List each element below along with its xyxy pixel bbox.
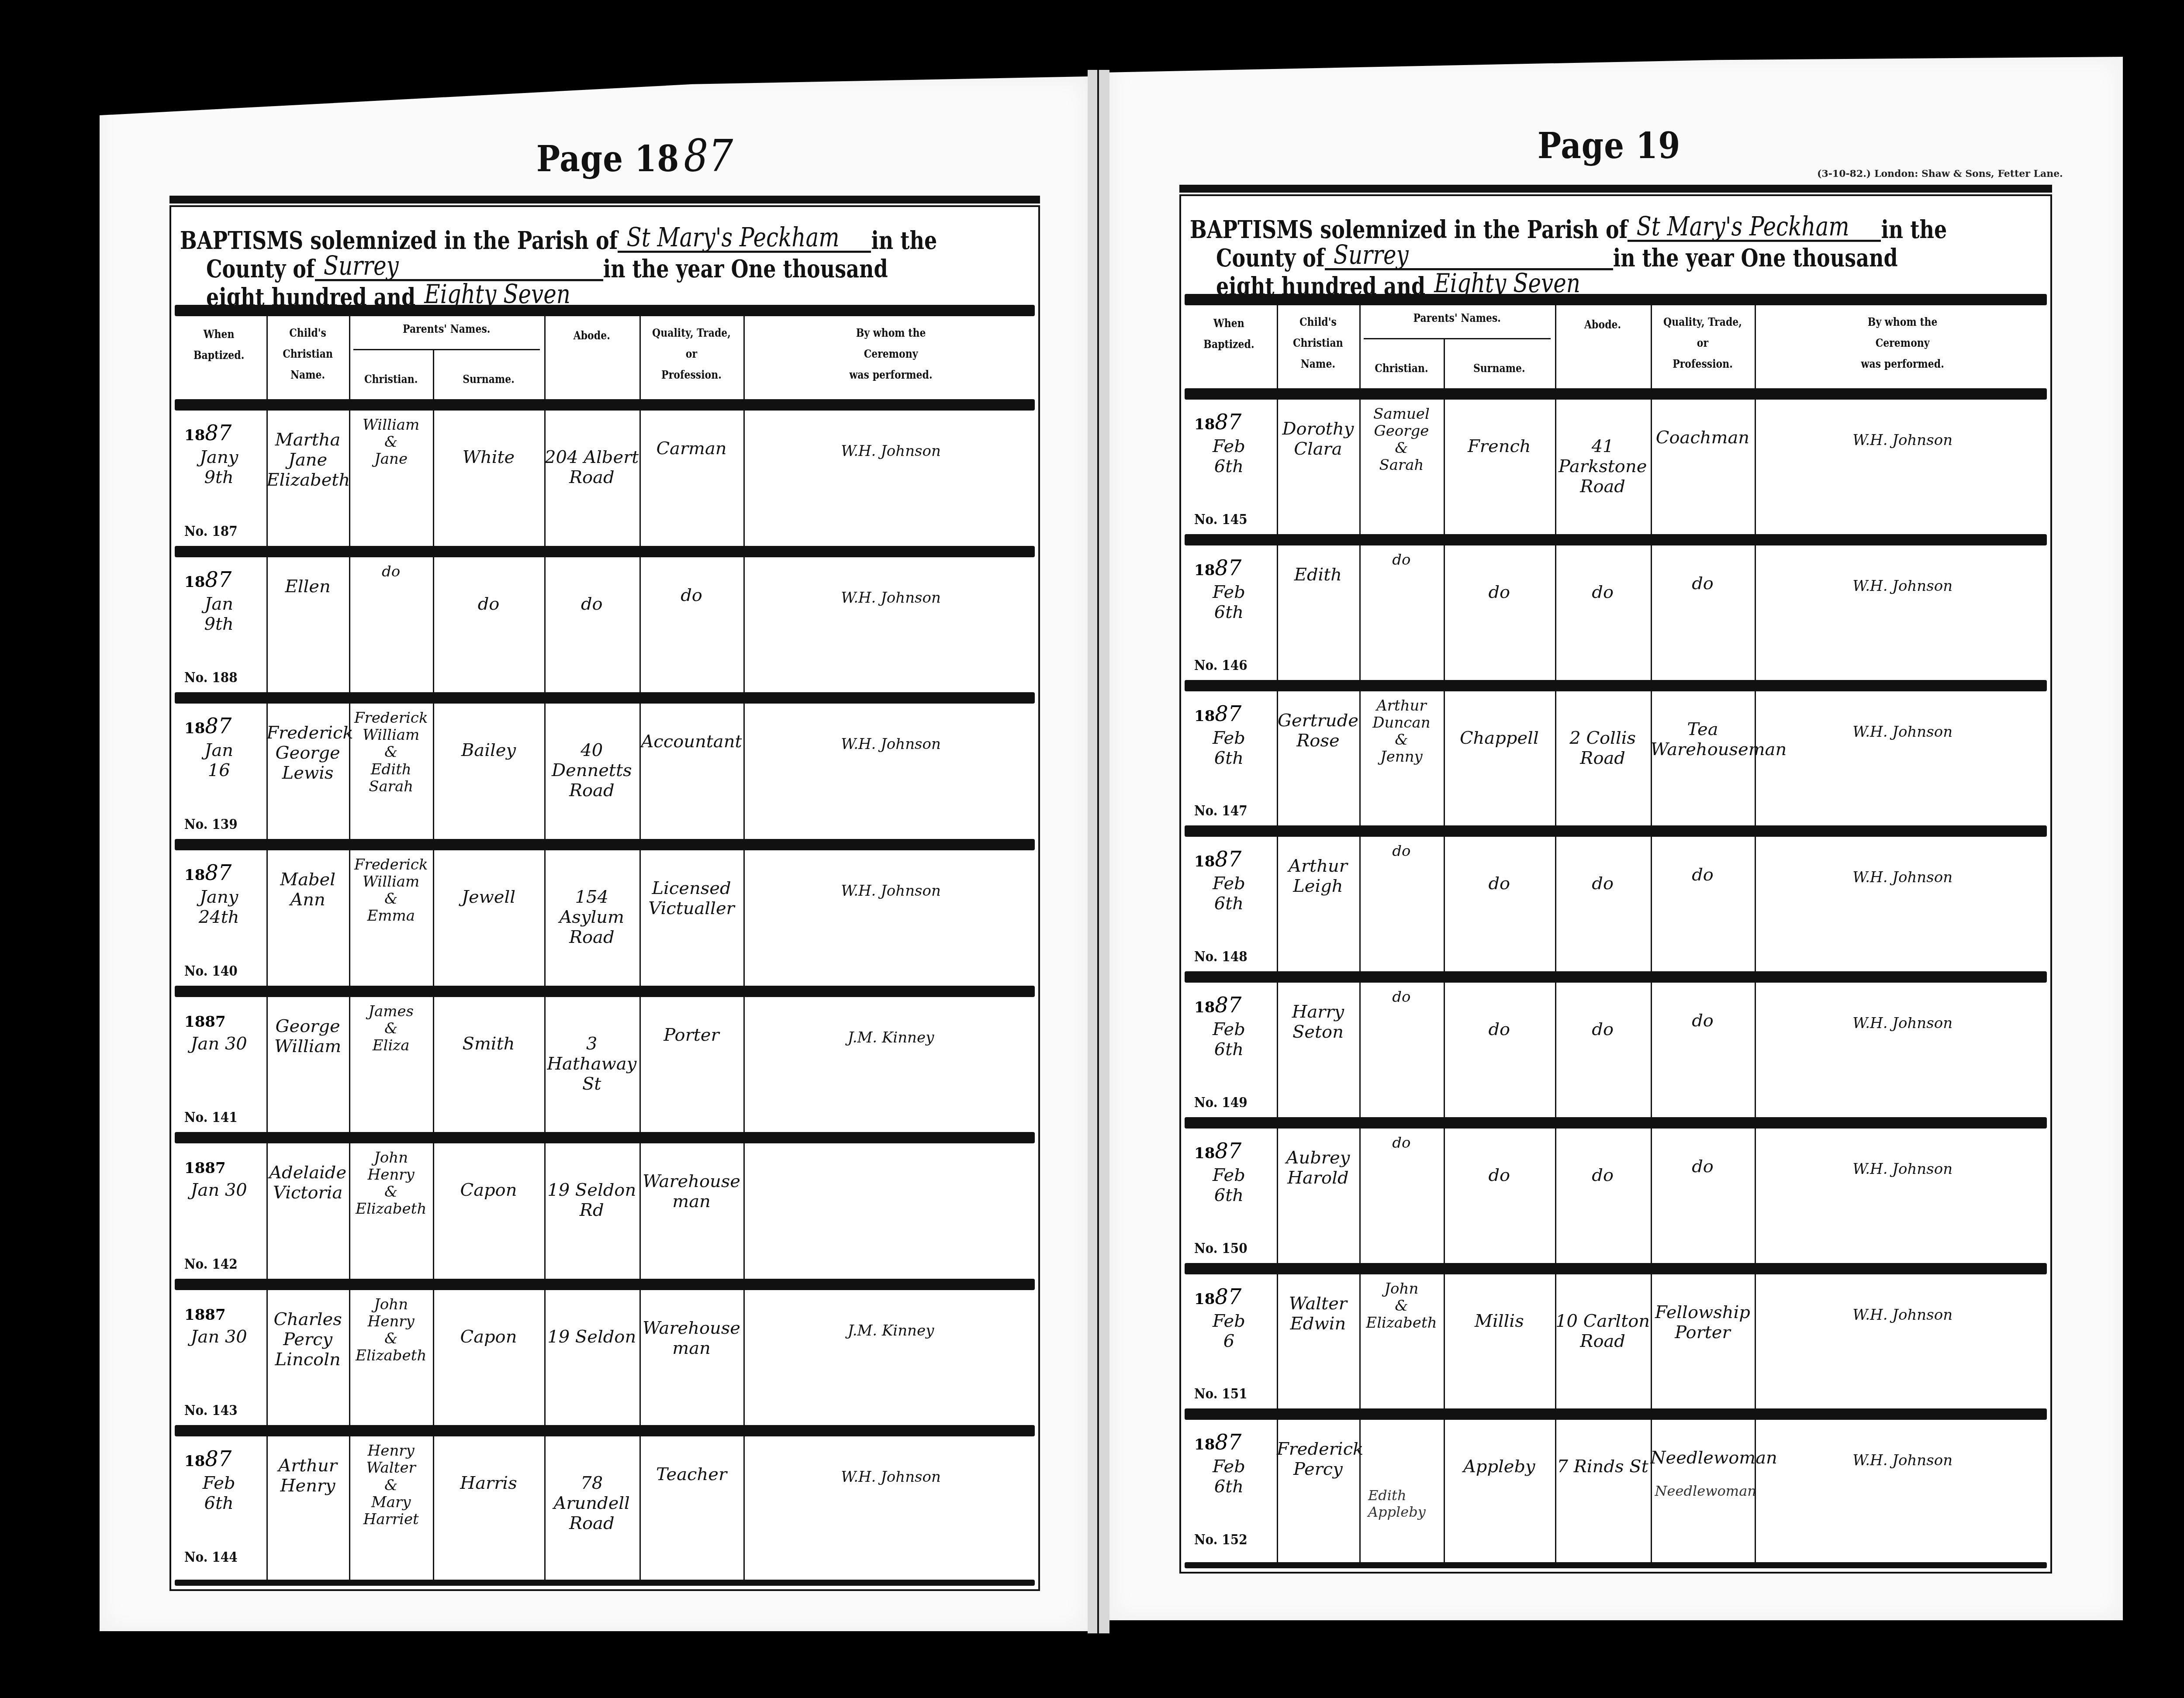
entry-year: 1887 [184,568,232,592]
entry-number: No. 151 [1194,1386,1248,1402]
entry-date: Feb 6th [1181,436,1277,476]
entry-child-name: Charles Percy Lincoln [266,1309,349,1370]
page-title: Page 1887 [536,130,733,181]
entry-date: Feb 6th [1181,873,1277,914]
entry-trade: do [1651,865,1755,885]
register-entry: 1887Jan 16Frederick George LewisFrederic… [171,701,1038,848]
entry-date: Feb 6th [1181,582,1277,622]
entry-year: 1887 [1194,702,1241,726]
book-gutter [1088,70,1109,1633]
register-heading: BAPTISMS solemnized in the Parish ofSt M… [1181,196,2050,297]
page-number-printed: Page 19 [1538,124,1680,167]
heading-line-parish: BAPTISMS solemnized in the Parish ofSt M… [180,224,937,253]
printer-imprint: (3-10-82.) London: Shaw & Sons, Fetter L… [1817,168,2063,179]
entry-year: 1887 [184,861,232,885]
entry-child-name: Aubrey Harold [1277,1148,1359,1188]
heading-year-prefix: in the year One thousand [603,255,888,283]
heading-rule [1185,294,2047,305]
entry-trade: Teacher [639,1464,743,1484]
entry-number: No. 141 [184,1109,238,1125]
col-header-abode: Abode. [544,326,639,347]
entry-margin-signature: Edith Appleby [1368,1487,1426,1520]
entry-surname: Chappell [1444,728,1555,748]
entry-child-name: Arthur Leigh [1277,856,1359,896]
entry-child-name: Ellen [266,576,349,597]
year-handwritten: 87 [1215,1430,1241,1455]
entry-minister: W.H. Johnson [743,443,1038,460]
year-printed: 18 [1194,853,1215,870]
col-header-minister: By whom the Ceremony was performed. [1755,312,2050,375]
entry-number: No. 148 [1194,949,1248,964]
entry-trade: Carman [639,438,743,459]
entry-child-name: Walter Edwin [1277,1294,1359,1334]
entry-surname: do [1444,1019,1555,1039]
entry-surname: do [1444,1165,1555,1185]
entry-minister: W.H. Johnson [1755,432,2050,449]
entry-date: Feb 6th [1181,1165,1277,1205]
year-handwritten: 87 [205,861,232,885]
col-header-abode: Abode. [1555,315,1651,336]
entry-year: 1887 [1194,1285,1241,1309]
col-header-parent-surname: Surname. [1444,359,1555,380]
left-page: Page 1887 BAPTISMS solemnized in the Par… [100,76,1088,1631]
baptism-register-table: BAPTISMS solemnized in the Parish ofSt M… [1179,194,2052,1574]
entry-child-name: Arthur Henry [266,1456,349,1496]
heading-line-county: County ofSurreyin the year One thousand [206,253,888,281]
entry-parents-christian: Henry Walter & Mary Harriet [349,1443,433,1528]
entry-surname: do [1444,873,1555,894]
bottom-rule [1185,1562,2047,1568]
year-handwritten: 87 [1215,702,1241,726]
entry-surname: White [433,447,544,467]
register-entry: 1887Feb 6thHarry SetondodododoW.H. Johns… [1181,980,2050,1126]
entry-abode: do [1555,873,1651,894]
year-printed: 18 [1194,1145,1215,1162]
entry-trade-correction: Needlewoman [1655,1483,1756,1499]
entry-abode: 154 Asylum Road [544,887,639,947]
year-handwritten: 87 [205,421,232,445]
entry-abode: 41 Parkstone Road [1555,436,1651,497]
heading-prefix: BAPTISMS solemnized in the Parish of [1190,216,1628,244]
entry-minister: W.H. Johnson [743,736,1038,753]
heading-suffix: in the [1881,216,1947,244]
entry-trade: Warehouse man [639,1318,743,1358]
col-header-parent-christian: Christian. [349,369,433,390]
entry-surname: Appleby [1444,1456,1555,1477]
entry-parents-christian: do [1359,552,1444,569]
page-number-printed: Page 18 [536,137,679,179]
col-header-minister: By whom the Ceremony was performed. [743,323,1038,386]
entry-minister: W.H. Johnson [743,883,1038,900]
entry-parents-christian: Frederick William & Emma [349,856,433,925]
entry-surname: Capon [433,1327,544,1347]
entry-number: No. 150 [1194,1240,1248,1256]
entry-trade: Fellowship Porter [1651,1302,1755,1343]
heading-prefix: BAPTISMS solemnized in the Parish of [180,227,618,255]
heading-year-prefix: in the year One thousand [1613,244,1898,273]
col-header-parent-christian: Christian. [1359,359,1444,380]
entry-parents-christian: Arthur Duncan & Jenny [1359,697,1444,766]
entry-trade: do [1651,1011,1755,1031]
register-entry: 1887Feb 6thArthur HenryHenry Walter & Ma… [171,1434,1038,1581]
register-entry: 1887Jan 30Adelaide VictoriaJohn Henry & … [171,1141,1038,1287]
entry-year: 1887 [1194,1139,1241,1163]
county-label: County of [1216,244,1325,273]
register-entry: 1887Jan 9thEllendodododoW.H. JohnsonNo. … [171,555,1038,701]
entry-number: No. 147 [1194,803,1248,819]
entry-abode: do [1555,1019,1651,1039]
top-rule [1179,185,2052,193]
entry-number: No. 139 [184,816,238,832]
entry-parents-christian: do [1359,1135,1444,1152]
entry-date: Jan 30 [171,1034,266,1054]
entry-abode: 40 Dennetts Road [544,740,639,801]
entry-number: No. 187 [184,523,238,539]
page-title: Page 19 [1538,124,1680,167]
county-field: Surrey [315,253,603,281]
entry-number: No. 145 [1194,511,1248,527]
entry-year: 1887 [1194,556,1241,580]
heading-suffix: in the [871,227,937,255]
entry-parents-christian: Samuel George & Sarah [1359,406,1444,474]
entry-child-name: Mabel Ann [266,870,349,910]
entry-parents-christian: John & Elizabeth [1359,1280,1444,1332]
entry-date: Feb 6 [1181,1311,1277,1351]
heading-rule [175,305,1035,316]
year-printed: 18 [184,1453,205,1470]
heading-line-parish: BAPTISMS solemnized in the Parish ofSt M… [1190,214,1947,242]
entry-number: No. 188 [184,670,238,686]
entry-trade: Accountant [639,732,743,752]
col-header-trade: Quality, Trade, or Profession. [639,323,743,386]
entry-child-name: Adelaide Victoria [266,1163,349,1203]
entry-date: Jany 9th [171,447,266,487]
entry-date: Jan 16 [171,740,266,780]
register-entry: 1887Jany 24thMabel AnnFrederick William … [171,848,1038,994]
entry-child-name: Edith [1277,565,1359,585]
entry-number: No. 146 [1194,657,1248,673]
entry-trade: Licensed Victualler [639,878,743,918]
entry-parents-christian: do [1359,989,1444,1006]
entry-trade: Needlewoman [1651,1448,1755,1468]
entry-abode: do [544,594,639,614]
entry-date: Jany 24th [171,887,266,927]
entry-year: 1887 [1194,993,1241,1018]
year-printed: 18 [1194,999,1215,1016]
page-number-handwritten: 87 [684,130,733,181]
entry-parents-christian: John Henry & Elizabeth [349,1296,433,1364]
entry-minister: W.H. Johnson [1755,578,2050,595]
register-entry: 1887Feb 6thGertrude RoseArthur Duncan & … [1181,689,2050,835]
entry-minister: W.H. Johnson [743,1469,1038,1486]
register-entry: 1887Feb 6thDorothy ClaraSamuel George & … [1181,397,2050,543]
register-entry: 1887Jan 30George WilliamJames & ElizaSmi… [171,994,1038,1141]
col-header-parents-names: Parents' Names. [1359,308,1555,329]
register-entry: 1887Feb 6Walter EdwinJohn & ElizabethMil… [1181,1272,2050,1418]
entry-abode: 19 Seldon [544,1327,639,1347]
register-entry: 1887Feb 6thArthur LeighdodododoW.H. John… [1181,834,2050,980]
entry-number: No. 144 [184,1549,238,1565]
right-page: Page 19 (3-10-82.) London: Shaw & Sons, … [1109,57,2123,1620]
entry-parents-christian: do [349,563,433,580]
year-handwritten: 87 [205,568,232,592]
entry-minister: J.M. Kinney [743,1029,1038,1046]
entry-year: 1887 [1194,410,1241,435]
entry-abode: 204 Albert Road [544,447,639,487]
entry-trade: do [639,585,743,605]
register-entry: 1887Jan 30Charles Percy LincolnJohn Henr… [171,1287,1038,1434]
year-printed: 1887 [184,1306,226,1324]
col-header-child-name: Child's Christian Name. [1277,312,1359,375]
entry-parents-christian: William & Jane [349,417,433,468]
entry-number: No. 149 [1194,1094,1248,1110]
entry-child-name: Gertrude Rose [1277,711,1359,751]
entry-parents-christian: do [1359,843,1444,860]
entry-surname: Smith [433,1034,544,1054]
year-printed: 18 [1194,562,1215,579]
year-printed: 18 [184,720,205,737]
year-handwritten: 87 [1215,410,1241,435]
entry-year: 1887 [1194,1430,1241,1455]
bottom-rule [175,1580,1035,1586]
entry-date: Feb 6th [1181,728,1277,768]
entry-child-name: Dorothy Clara [1277,419,1359,459]
entry-surname: French [1444,436,1555,456]
entry-number: No. 152 [1194,1532,1248,1547]
entry-abode: do [1555,1165,1651,1185]
entry-minister: W.H. Johnson [1755,1161,2050,1178]
year-printed: 18 [1194,707,1215,725]
heading-line-county: County ofSurreyin the year One thousand [1216,242,1898,270]
entry-trade: Coachman [1651,428,1755,448]
entry-surname: Harris [433,1473,544,1493]
entry-abode: 19 Seldon Rd [544,1180,639,1220]
entry-child-name: Martha Jane Elizabeth [266,430,349,490]
entry-date: Jan 30 [171,1180,266,1200]
entry-child-name: Frederick Percy [1277,1439,1359,1479]
entry-date: Feb 6th [171,1473,266,1513]
year-handwritten: 87 [1215,1139,1241,1163]
baptism-register-table: BAPTISMS solemnized in the Parish ofSt M… [169,205,1040,1591]
entry-number: No. 143 [184,1403,238,1418]
entry-trade: Porter [639,1025,743,1045]
year-printed: 1887 [184,1160,226,1177]
entry-parents-christian: John Henry & Elizabeth [349,1149,433,1218]
entry-abode: 3 Hathaway St [544,1034,639,1094]
entry-abode: 7 Rinds St [1555,1456,1651,1477]
entry-minister: W.H. Johnson [743,590,1038,607]
parents-divider [1364,338,1551,339]
entry-year: 1887 [184,1154,226,1178]
col-header-when-baptized: When Baptized. [171,324,266,366]
entry-abode: 10 Carlton Road [1555,1311,1651,1351]
parish-field: St Mary's Peckham [618,224,871,253]
register-heading: BAPTISMS solemnized in the Parish ofSt M… [171,207,1038,307]
entry-child-name: Frederick George Lewis [266,723,349,783]
entry-date: Feb 6th [1181,1456,1277,1497]
parish-field: St Mary's Peckham [1628,214,1881,242]
entry-trade: do [1651,573,1755,594]
entry-minister: W.H. Johnson [1755,1307,2050,1324]
top-rule [169,196,1040,204]
year-printed: 18 [1194,1436,1215,1453]
entry-year: 1887 [184,1008,226,1032]
entry-parents-christian: Frederick William & Edith Sarah [349,710,433,795]
entry-number: No. 142 [184,1256,238,1272]
entry-surname: Bailey [433,740,544,760]
register-entry: 1887Feb 6thFrederick PercyAppleby7 Rinds… [1181,1417,2050,1563]
register-entry: 1887Feb 6thAubrey HarolddodododoW.H. Joh… [1181,1126,2050,1272]
year-printed: 18 [184,427,205,444]
entry-surname: Jewell [433,887,544,907]
entry-minister: W.H. Johnson [1755,1452,2050,1469]
entry-surname: do [433,594,544,614]
entry-surname: do [1444,582,1555,602]
register-entry: 1887Jany 9thMartha Jane ElizabethWilliam… [171,408,1038,555]
entry-date: Jan 9th [171,594,266,634]
entry-year: 1887 [184,714,232,739]
entry-abode: 78 Arundell Road [544,1473,639,1533]
year-handwritten: 87 [1215,556,1241,580]
entry-trade: Tea Warehouseman [1651,719,1755,759]
county-field: Surrey [1325,242,1613,270]
entry-year: 1887 [184,1447,232,1471]
entry-year: 1887 [184,1301,226,1325]
entry-child-name: Harry Seton [1277,1002,1359,1042]
entry-abode: 2 Collis Road [1555,728,1651,768]
year-printed: 1887 [184,1013,226,1031]
entry-number: No. 140 [184,963,238,979]
year-printed: 18 [1194,1291,1215,1308]
year-handwritten: 87 [1215,993,1241,1018]
col-header-trade: Quality, Trade, or Profession. [1651,312,1755,375]
entry-year: 1887 [184,421,232,445]
entry-abode: do [1555,582,1651,602]
col-header-when-baptized: When Baptized. [1181,314,1277,355]
entry-surname: Capon [433,1180,544,1200]
entry-surname: Millis [1444,1311,1555,1331]
entry-date: Feb 6th [1181,1019,1277,1060]
year-printed: 18 [1194,416,1215,433]
year-handwritten: 87 [1215,847,1241,872]
entry-date: Jan 30 [171,1327,266,1347]
entry-parents-christian: James & Eliza [349,1003,433,1054]
entry-minister: W.H. Johnson [1755,724,2050,741]
entry-trade: Warehouse man [639,1171,743,1211]
entry-minister: W.H. Johnson [1755,1015,2050,1032]
parents-divider [353,349,540,350]
register-entry: 1887Feb 6thEdithdodododoW.H. JohnsonNo. … [1181,543,2050,689]
entry-year: 1887 [1194,847,1241,872]
col-header-parent-surname: Surname. [433,369,544,390]
entry-minister: J.M. Kinney [743,1322,1038,1339]
year-handwritten: 87 [1215,1285,1241,1309]
year-handwritten: 87 [205,1447,232,1471]
county-label: County of [206,255,315,283]
entry-child-name: George William [266,1016,349,1056]
year-printed: 18 [184,866,205,884]
entry-trade: do [1651,1156,1755,1177]
year-handwritten: 87 [205,714,232,739]
entry-minister: W.H. Johnson [1755,869,2050,886]
year-printed: 18 [184,573,205,591]
col-header-parents-names: Parents' Names. [349,319,544,340]
col-header-child-name: Child's Christian Name. [266,323,349,386]
